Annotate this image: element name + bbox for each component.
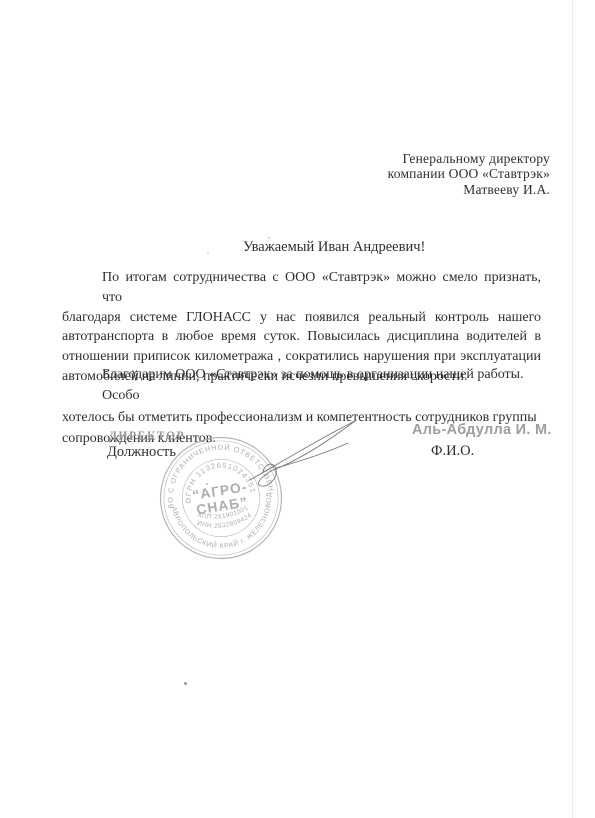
paragraph1-line: По итогам сотрудничества с ООО «Ставтрэк… (62, 268, 541, 308)
paragraph1-line: автотранспорта в любое время суток. Повы… (62, 327, 541, 347)
scan-edge-artifact (572, 0, 573, 818)
scan-speck (184, 682, 187, 685)
recipient-line-2: компании ООО «Ставтрэк» (388, 166, 550, 181)
fio-label: Ф.И.О. (431, 443, 474, 460)
recipient-line-3: Матвееву И.А. (388, 182, 550, 197)
recipient-address-block: Генеральному директору компании ООО «Ста… (388, 151, 550, 197)
paragraph2-line: Благодарим ООО «Ставтрэк» за помощь в ор… (62, 364, 541, 407)
recipient-line-1: Генеральному директору (388, 151, 550, 166)
paragraph1-line: благодаря системе ГЛОНАСС у нас появился… (62, 308, 541, 328)
signatory-name-stamped: Аль-Абдулла И. М. (412, 422, 552, 438)
signature-stroke (259, 464, 277, 486)
scanned-letter-page: Генеральному директору компании ООО «Ста… (0, 0, 595, 818)
scan-speck (207, 252, 209, 254)
handwritten-signature (235, 413, 365, 503)
salutation: Уважаемый Иван Андреевич! (243, 239, 425, 256)
signature-stroke (250, 421, 355, 480)
